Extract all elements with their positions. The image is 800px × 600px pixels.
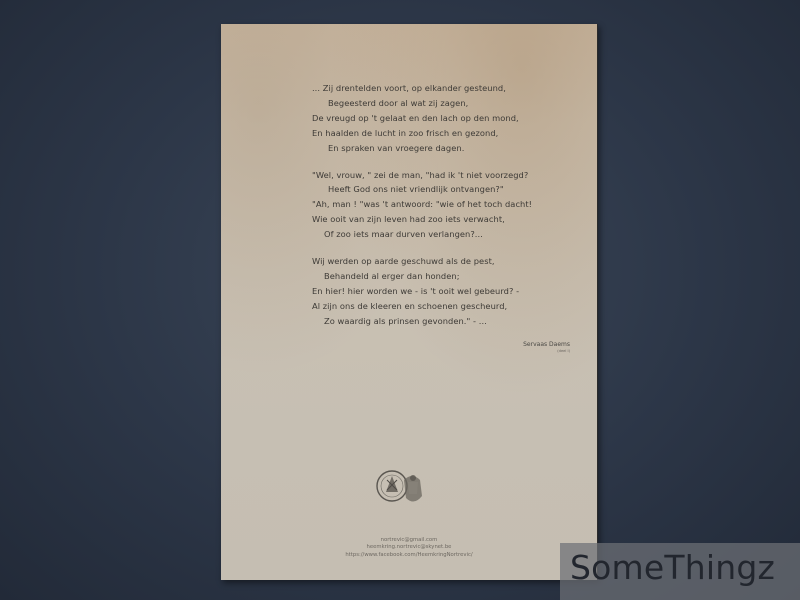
poem-line: En hier! hier worden we - is 't ooit wel… <box>312 284 572 299</box>
poem-stanza-3: Wij werden op aarde geschuwd als de pest… <box>312 254 572 329</box>
watermark-text: SomeThingz <box>570 548 775 587</box>
poem-line: Of zoo iets maar durven verlangen?... <box>312 227 572 242</box>
poem: ... Zij drentelden voort, op elkander ge… <box>312 81 572 341</box>
poem-author: Servaas Daems (deel I) <box>470 341 570 353</box>
poem-line: Zo waardig als prinsen gevonden." - ... <box>312 314 572 329</box>
poem-line: ... Zij drentelden voort, op elkander ge… <box>312 81 572 96</box>
poem-line: "Wel, vrouw, " zei de man, "had ik 't ni… <box>312 168 572 183</box>
poem-line: Wij werden op aarde geschuwd als de pest… <box>312 254 572 269</box>
booklet-back-cover: ... Zij drentelden voort, op elkander ge… <box>221 24 598 580</box>
watermark: SomeThingz <box>560 543 800 600</box>
poem-line: "Ah, man ! "was 't antwoord: "wie of het… <box>312 197 572 212</box>
contact-email-1: nortrevic@gmail.com <box>281 537 537 544</box>
author-name: Servaas Daems <box>470 341 570 348</box>
poem-line: En haalden de lucht in zoo frisch en gez… <box>312 126 572 141</box>
poem-line: Wie ooit van zijn leven had zoo iets ver… <box>312 212 572 227</box>
heemkring-emblem-icon <box>374 466 434 510</box>
author-subtitle: (deel I) <box>470 349 570 353</box>
contact-info: nortrevic@gmail.com heemkring.nortrevic@… <box>281 537 537 559</box>
poem-line: Begeesterd door al wat zij zagen, <box>312 96 572 111</box>
poem-line: Heeft God ons niet vriendlijk ontvangen?… <box>312 182 572 197</box>
poem-stanza-1: ... Zij drentelden voort, op elkander ge… <box>312 81 572 156</box>
poem-line: De vreugd op 't gelaat en den lach op de… <box>312 111 572 126</box>
poem-line: En spraken van vroegere dagen. <box>312 141 572 156</box>
contact-facebook: https://www.facebook.com/HeemkringNortre… <box>281 552 537 559</box>
poem-line: Behandeld al erger dan honden; <box>312 269 572 284</box>
poem-stanza-2: "Wel, vrouw, " zei de man, "had ik 't ni… <box>312 168 572 243</box>
poem-line: Al zijn ons de kleeren en schoenen gesch… <box>312 299 572 314</box>
contact-email-2: heemkring.nortrevic@skynet.be <box>281 544 537 551</box>
